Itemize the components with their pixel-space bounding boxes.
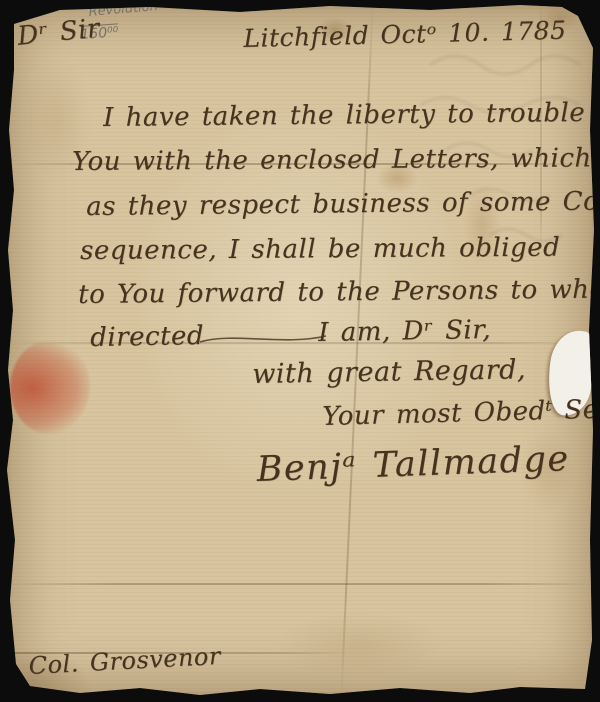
- body-line: as they respect business of some Con-: [86, 186, 600, 222]
- closing-line-regard: with great Regard,: [252, 354, 526, 390]
- signature: Benjᵃ Tallmadge: [256, 439, 570, 490]
- letter-scan: Revolution 150⁰⁰ Dʳ Sir Litchfield Octᵒ …: [0, 0, 600, 702]
- body-line: directed: [90, 321, 204, 353]
- body-line: You with the enclosed Letters, which: [72, 143, 592, 177]
- addressee: Col. Grosvenor: [28, 642, 221, 680]
- fold-crease-horizontal-lower: [8, 583, 592, 585]
- wax-seal-stain: [10, 342, 90, 434]
- closing-line-obedient: Your most Obedᵗ Servᵗ: [322, 394, 600, 432]
- body-line: to You forward to the Persons to whom: [78, 274, 600, 310]
- flourish-dash: [198, 330, 328, 348]
- closing-line-iam: I am, Dʳ Sir,: [318, 315, 491, 348]
- body-line: I have taken the liberty to trouble: [103, 98, 585, 133]
- body-line: sequence, I shall be much obliged: [80, 233, 560, 266]
- salutation: Dʳ Sir: [16, 13, 101, 51]
- paper-sheet: Revolution 150⁰⁰ Dʳ Sir Litchfield Octᵒ …: [0, 0, 600, 702]
